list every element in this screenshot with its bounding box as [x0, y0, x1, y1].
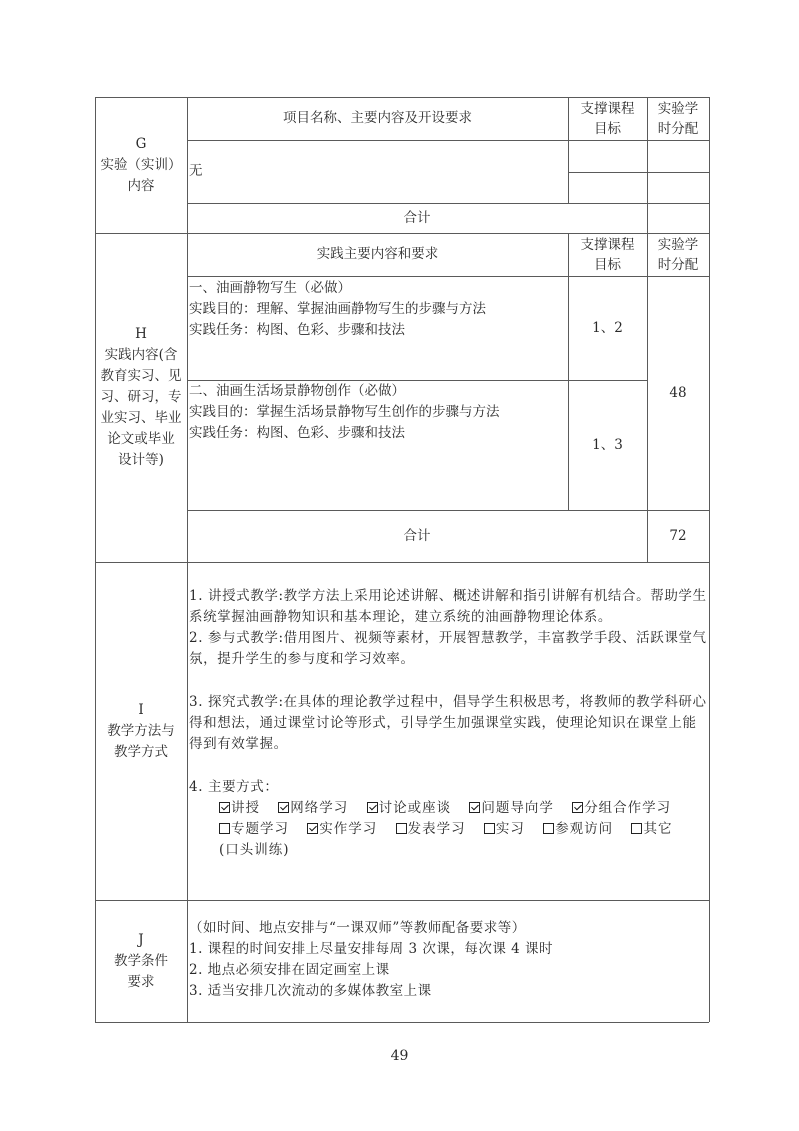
method-option[interactable]: 其它: [631, 819, 672, 840]
method-option[interactable]: 发表学习: [396, 819, 466, 840]
method-label: 专题学习: [231, 821, 289, 837]
column-header: 目标: [594, 119, 621, 139]
column-header: 实验学: [658, 99, 699, 119]
total-value: 72: [669, 526, 686, 547]
method-paragraph: 1. 讲授式教学:教学方法上采用论述讲解、概述讲解和指引讲解有机结合。帮助学生系…: [189, 586, 707, 628]
table-border-bottom: [95, 1022, 709, 1023]
section-j-content: （如时间、地点安排与“一课双师”等教师配备要求等） 1. 课程的时间安排上尽量安…: [189, 918, 707, 1018]
checkbox-checked-icon[interactable]: [278, 802, 289, 813]
method-paragraph: 3. 探究式教学:在具体的理论教学过程中，倡导学生积极思考，将教师的教学科研心得…: [189, 692, 707, 755]
method-label: 网络学习: [290, 800, 348, 816]
section-j-label: J 教学条件 要求: [95, 900, 187, 1022]
method-label: 参观访问: [555, 821, 613, 837]
column-header: 实践主要内容和要求: [317, 244, 439, 265]
spacer: [189, 755, 707, 777]
method-paragraph: 2. 参与式教学:借用图片、视频等素材，开展智慧教学，丰富教学手段、活跃课堂气氛…: [189, 628, 707, 670]
h-item-1-content: 一、油画静物写生（必做） 实践目的：理解、掌握油画静物写生的步骤与方法 实践任务…: [187, 278, 568, 380]
method-label: 分组合作学习: [584, 800, 671, 816]
section-i-content: 1. 讲授式教学:教学方法上采用论述讲解、概述讲解和指引讲解有机结合。帮助学生系…: [189, 586, 707, 896]
checkbox-checked-icon[interactable]: [307, 823, 318, 834]
method-option[interactable]: 专题学习: [219, 819, 289, 840]
method-label: 实习: [496, 821, 525, 837]
g-subrow-line: [568, 172, 709, 173]
section-title-line: 实践内容(含: [105, 345, 178, 366]
checkbox-checked-icon[interactable]: [469, 802, 480, 813]
table-border-right: [709, 97, 710, 1022]
g-total-value: [647, 203, 709, 233]
section-g-label: G 实验（实训） 内容: [95, 97, 187, 233]
section-title-line: 设计等): [118, 450, 164, 471]
checkbox-empty-icon[interactable]: [484, 823, 495, 834]
condition-item: 2. 地点必须安排在固定画室上课: [189, 960, 707, 981]
condition-note: （如时间、地点安排与“一课双师”等教师配备要求等）: [189, 918, 707, 939]
section-title-line: 习、研习，专: [101, 387, 182, 408]
checkbox-empty-icon[interactable]: [543, 823, 554, 834]
section-h-label: H 实践内容(含 教育实习、见 习、研习，专 业实习、毕业 论文或毕业 设计等): [95, 233, 187, 562]
method-option[interactable]: 实作学习: [307, 819, 377, 840]
item-title: 一、油画静物写生（必做）: [189, 278, 568, 299]
h-item-1-goal: 1、2: [568, 276, 647, 380]
method-option[interactable]: 讨论或座谈: [367, 798, 452, 819]
h-header-content: 实践主要内容和要求: [187, 233, 568, 276]
spacer: [189, 670, 707, 692]
checkbox-checked-icon[interactable]: [367, 802, 378, 813]
item-purpose: 实践目的：掌握生活场景静物写生创作的步骤与方法: [189, 402, 568, 423]
document-page: G 实验（实训） 内容 项目名称、主要内容及开设要求 支撑课程 目标 实验学 时…: [0, 0, 799, 1131]
section-i-label: I 教学方法与 教学方式: [95, 562, 187, 900]
section-letter: J: [138, 930, 143, 951]
h-total-label: 合计: [187, 510, 647, 562]
h-item-2-goal: 1、3: [568, 380, 647, 510]
section-line-hi: [95, 562, 709, 563]
page-number: 49: [0, 1048, 799, 1064]
checkbox-checked-icon[interactable]: [219, 802, 230, 813]
hours-value: 48: [669, 383, 686, 404]
method-option[interactable]: 分组合作学习: [572, 798, 671, 819]
method-label: 讨论或座谈: [379, 800, 452, 816]
methods-row-3: (口头训练): [189, 840, 707, 861]
condition-item: 3. 适当安排几次流动的多媒体教室上课: [189, 981, 707, 1002]
methods-row-2: 专题学习 实作学习 发表学习 实习 参观访问 其它: [189, 819, 707, 840]
checkbox-empty-icon[interactable]: [219, 823, 230, 834]
section-title-line: 教学方式: [114, 742, 168, 763]
h-hours-merged: 48: [647, 276, 709, 510]
section-title-line: 教育实习、见: [101, 366, 182, 387]
content-text: 无: [189, 161, 203, 182]
method-label: 问题导向学: [481, 800, 554, 816]
section-letter: H: [135, 324, 147, 345]
column-header: 支撑课程: [581, 235, 635, 255]
method-label: 发表学习: [408, 821, 466, 837]
method-label: 讲授: [231, 800, 260, 816]
methods-title: 4. 主要方式：: [189, 777, 707, 798]
checkbox-checked-icon[interactable]: [572, 802, 583, 813]
g-content-cell: 无: [187, 140, 568, 203]
methods-row-1: 讲授 网络学习 讨论或座谈 问题导向学 分组合作学习: [189, 798, 707, 819]
method-option[interactable]: 网络学习: [278, 798, 348, 819]
method-option[interactable]: 参观访问: [543, 819, 613, 840]
section-line-ij: [95, 900, 709, 901]
checkbox-empty-icon[interactable]: [396, 823, 407, 834]
section-title-line: 教学条件: [114, 951, 168, 972]
condition-item: 1. 课程的时间安排上尽量安排每周 3 次课，每次课 4 课时: [189, 939, 707, 960]
section-title-line: 业实习、毕业: [101, 408, 182, 429]
section-title-line: 要求: [128, 972, 155, 993]
section-title-line: 教学方法与: [107, 721, 175, 742]
g-header-content: 项目名称、主要内容及开设要求: [187, 97, 568, 140]
goal-value: 1、3: [592, 435, 623, 456]
method-option[interactable]: 问题导向学: [469, 798, 554, 819]
section-title-line: 论文或毕业: [107, 429, 175, 450]
method-label: 其它: [643, 821, 672, 837]
item-task: 实践任务：构图、色彩、步骤和技法: [189, 320, 568, 341]
section-letter: G: [136, 134, 147, 155]
section-title-line: 内容: [128, 176, 155, 197]
total-label: 合计: [404, 208, 431, 229]
h-header-goal: 支撑课程 目标: [568, 233, 647, 276]
column-header: 支撑课程: [581, 99, 635, 119]
item-purpose: 实践目的：理解、掌握油画静物写生的步骤与方法: [189, 299, 568, 320]
total-label: 合计: [404, 526, 431, 547]
h-header-hours: 实验学 时分配: [647, 233, 709, 276]
g-header-goal: 支撑课程 目标: [568, 97, 647, 140]
method-option[interactable]: 讲授: [219, 798, 260, 819]
column-header: 时分配: [658, 255, 699, 275]
section-letter: I: [138, 700, 143, 721]
item-task: 实践任务：构图、色彩、步骤和技法: [189, 423, 568, 444]
method-label: 实作学习: [319, 821, 377, 837]
section-title-line: 实验（实训）: [101, 155, 182, 176]
g-header-hours: 实验学 时分配: [647, 97, 709, 140]
column-header: 目标: [594, 255, 621, 275]
column-header: 项目名称、主要内容及开设要求: [283, 108, 472, 129]
column-header: 时分配: [658, 119, 699, 139]
item-title: 二、油画生活场景静物创作（必做）: [189, 381, 568, 402]
method-option[interactable]: 实习: [484, 819, 525, 840]
goal-value: 1、2: [592, 318, 623, 339]
h-item-2-content: 二、油画生活场景静物创作（必做） 实践目的：掌握生活场景静物写生创作的步骤与方法…: [187, 381, 568, 510]
other-note: (口头训练): [219, 842, 290, 858]
h-total-value: 72: [647, 510, 709, 562]
column-header: 实验学: [658, 235, 699, 255]
g-total-label: 合计: [187, 203, 647, 233]
checkbox-empty-icon[interactable]: [631, 823, 642, 834]
